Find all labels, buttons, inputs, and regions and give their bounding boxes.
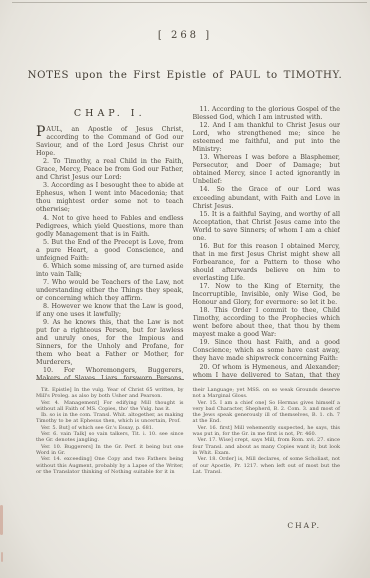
footnotes-left: Tit. Epistle] In the vulg. Year of Chris… [36,387,184,475]
footnote-entry: Ver. 17. Wise] crept, says Mill, from Ro… [193,437,341,456]
verse-paragraph: 19. Since thou hast Faith, and a good Co… [193,339,341,363]
footnote-entry: Ver. 4. Management] For edifying Mill th… [36,400,184,413]
footnote-entry: Ver. 6. vain Talk] so vain talkers, Tit.… [36,431,184,444]
catchword: CHAP. [287,521,321,530]
column-left-main: CHAP. I. PAUL, an Apostle of Jesus Chris… [36,106,184,379]
drop-cap-initial: P [36,126,46,138]
verse-paragraph: 5. But the End of the Precept is Love, f… [36,239,184,263]
verse-paragraph: 20. Of whom is Hymeneus, and Alexander; … [193,364,341,380]
footnote-entry: Ver. 10. Buggerers] In the Gr. Perf. it … [36,444,184,457]
text-columns: CHAP. I. PAUL, an Apostle of Jesus Chris… [36,106,340,475]
verse-paragraph: 12. And I am thankful to Christ Jesus ou… [193,122,341,154]
verses-left: 2. To Timothy, a real Child in the Faith… [36,158,184,379]
footnote-rule [193,379,341,380]
text-column-right: 11. According to the glorious Gospel of … [193,106,341,475]
verse-paragraph: 4. Not to give heed to Fables and endles… [36,215,184,239]
verse-paragraph: 7. Who would be Teachers of the Law, not… [36,279,184,303]
footnote-entry: Tit. Epistle] In the vulg. Year of Chris… [36,387,184,400]
verse-paragraph: 11. According to the glorious Gospel of … [193,106,341,122]
footnote-entry: Ib. so is in the com. Transl. Whit. alto… [36,412,184,425]
verse-paragraph: 6. Which some missing of, are turned asi… [36,263,184,279]
verse-paragraph: 17. Now to the King of Eternity, the Inc… [193,283,341,307]
footnote-entry: Ver. 16. first] Mill vehemently suspecte… [193,425,341,438]
footnote-entry: Ver. 15. I am a chief one] So Hermas giv… [193,400,341,425]
verses-right: 11. According to the glorious Gospel of … [193,106,341,379]
scan-artifact [0,505,3,535]
verse-paragraph: 9. As he knows this, that the Law is not… [36,319,184,367]
footnote-entry: Ver. 18. Order] is, Mill declares, of so… [193,456,341,475]
verse-paragraph: 8. However we know that the Law is good,… [36,303,184,319]
verse-paragraph: 15. It is a faithful Saying, and worthy … [193,211,341,243]
verse-paragraph: 3. According as I besought thee to abide… [36,182,184,214]
footnote-rule [36,379,184,380]
page-number: [ 268 ] [0,30,370,41]
scan-artifact [1,552,3,562]
column-right-main: 11. According to the glorious Gospel of … [193,106,341,379]
footnote-entry: Ver. 14. exceeding] One Copy and two Fat… [36,456,184,475]
verse-paragraph: 18. This Order I commit to thee, Child T… [193,307,341,339]
footnote-entry: their Language; yet MSS. on so weak Grou… [193,387,341,400]
footnotes-right: their Language; yet MSS. on so weak Grou… [193,387,341,475]
verse-paragraph: 16. But for this reason I obtained Mercy… [193,243,341,283]
verse-text: AUL, an Apostle of Jesus Christ, accordi… [36,126,184,157]
text-column-left: CHAP. I. PAUL, an Apostle of Jesus Chris… [36,106,184,475]
scan-edge-line [12,2,367,3]
verse-paragraph: 14. So the Grace of our Lord was exceedi… [193,186,341,210]
verse-paragraph: 13. Whereas I was before a Blasphemer, P… [193,154,341,186]
verse-paragraph: PAUL, an Apostle of Jesus Christ, accord… [36,126,184,158]
verse-paragraph: 10. For Whoremongers, Buggerers, Makers … [36,367,184,379]
chapter-heading: CHAP. I. [36,108,184,119]
verse-paragraph: 2. To Timothy, a real Child in the Faith… [36,158,184,182]
page-title: NOTES upon the First Epistle of PAUL to … [20,70,350,81]
